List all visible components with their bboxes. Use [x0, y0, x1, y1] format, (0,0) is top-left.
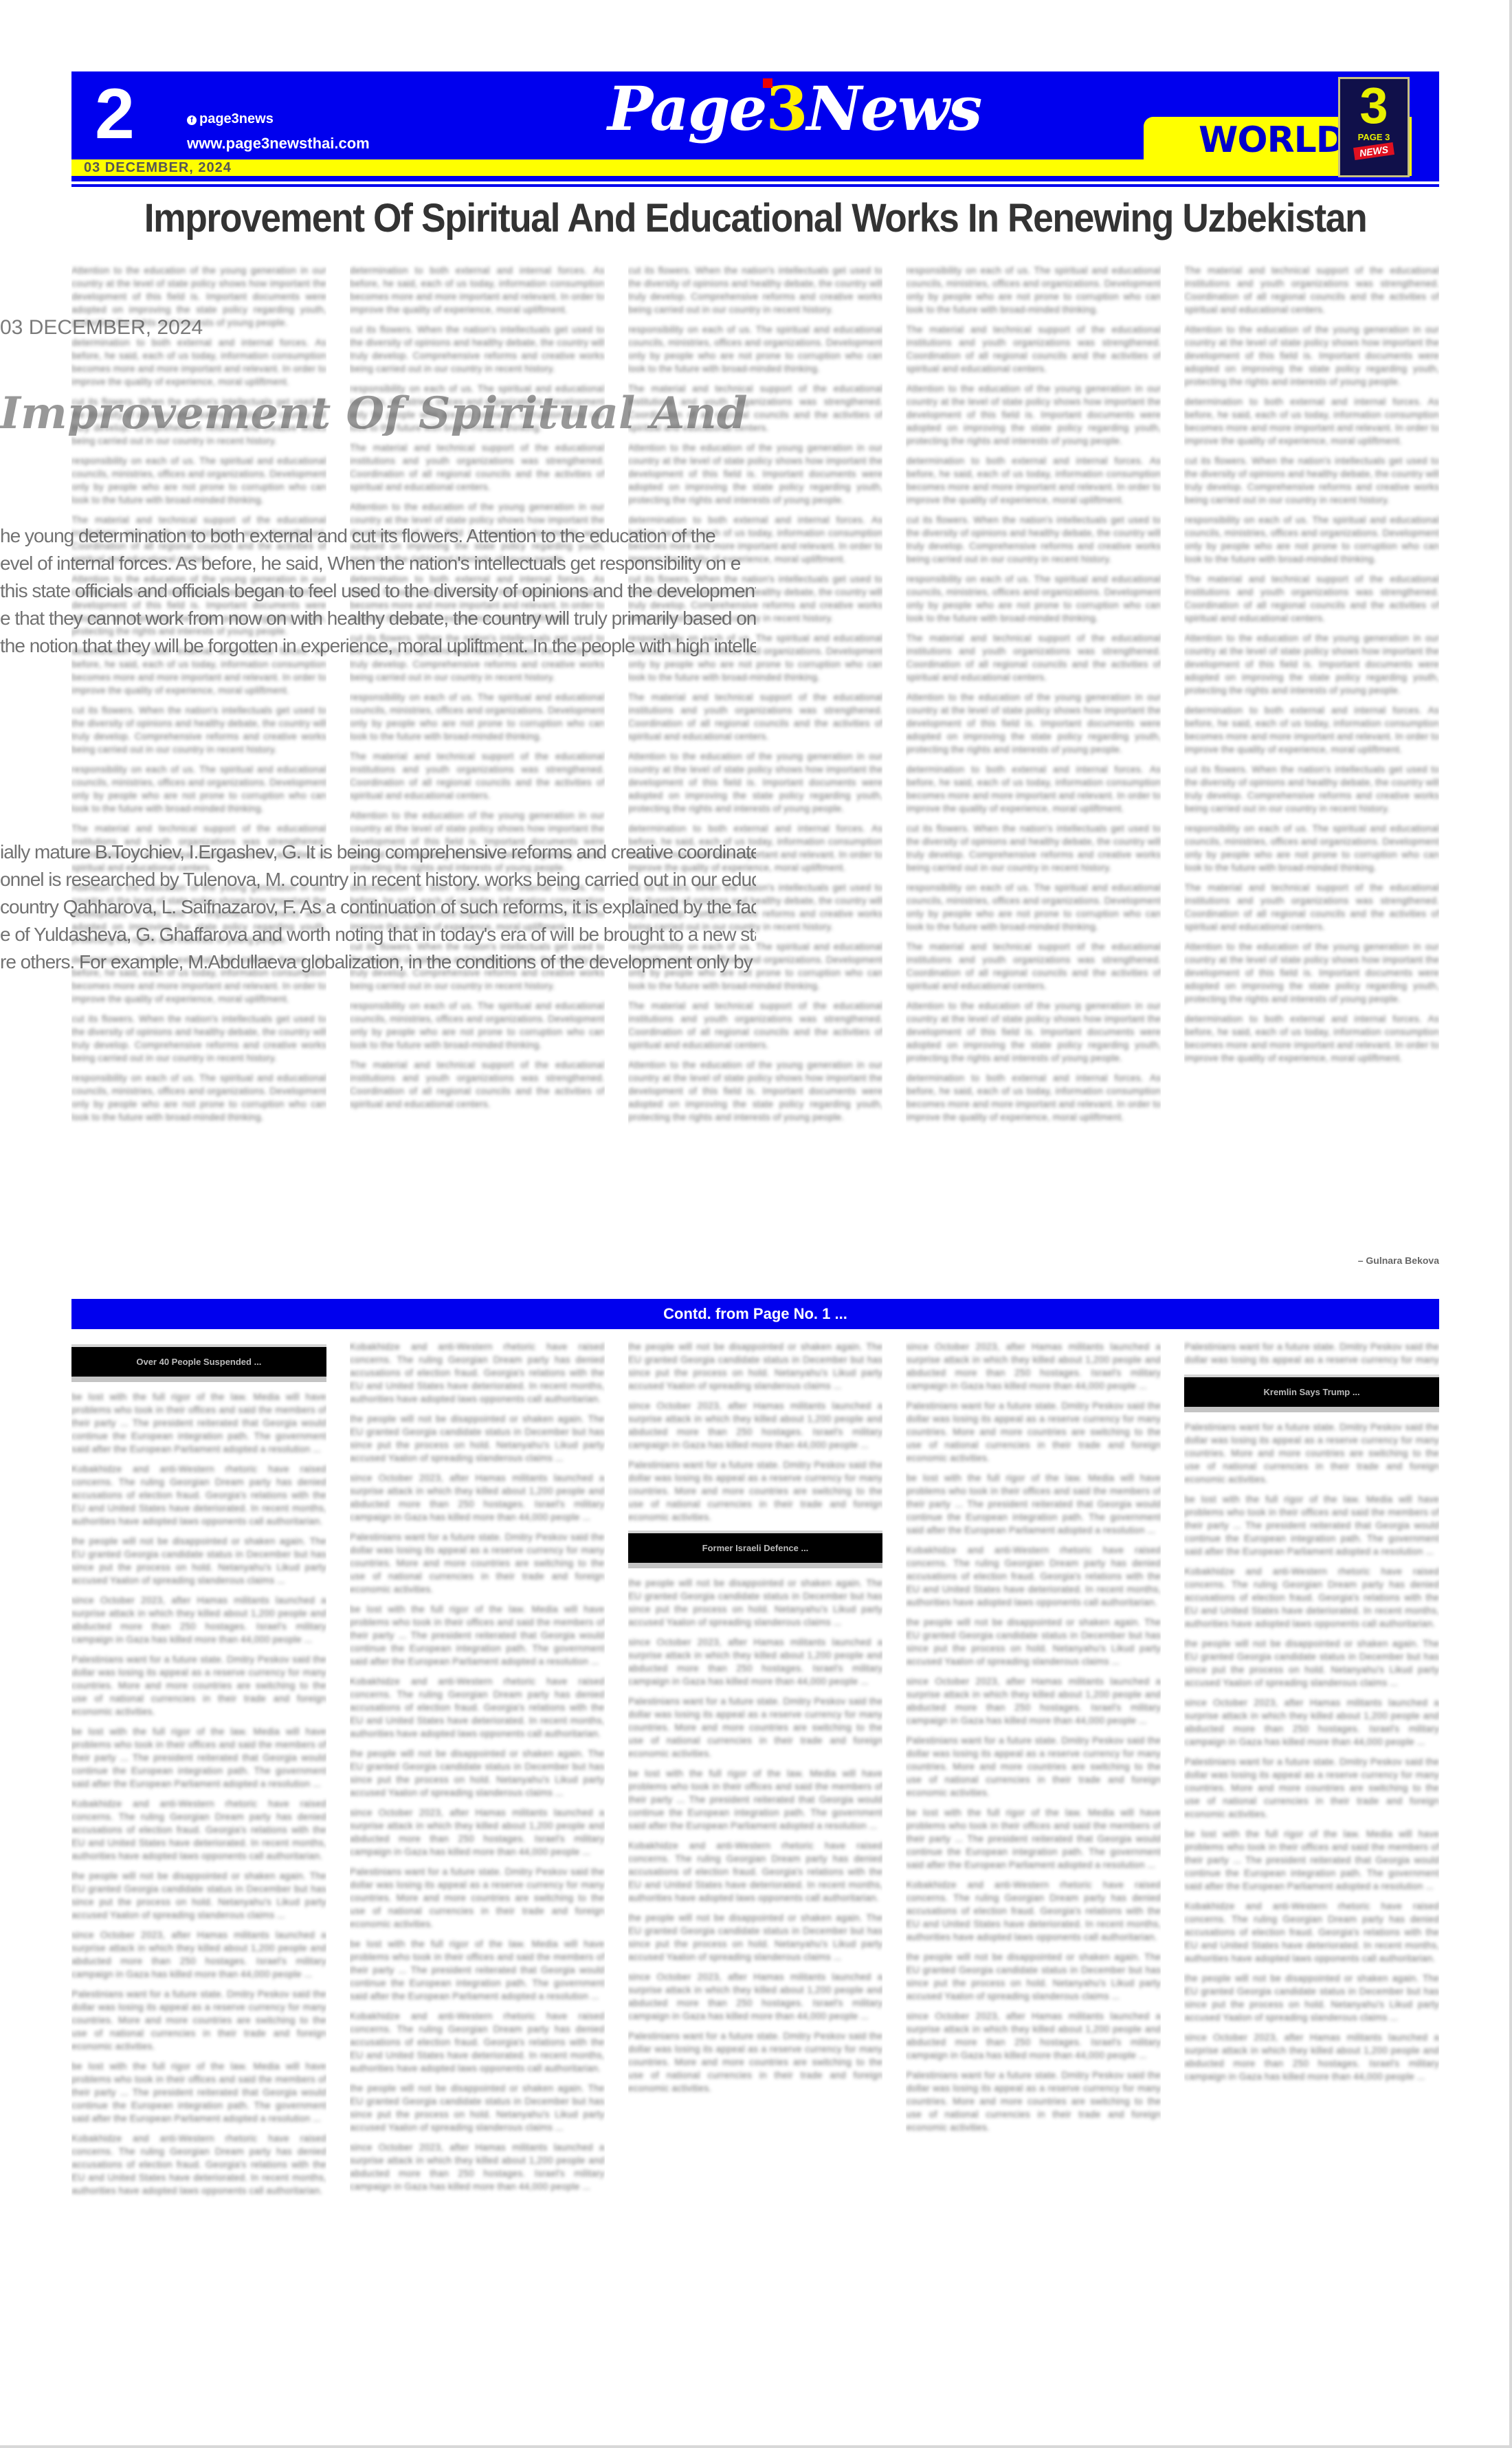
column-text: responsibility on each of us. The spirit… — [350, 999, 605, 1051]
column-text: Attention to the education of the young … — [1184, 323, 1439, 388]
column-text: responsibility on each of us. The spirit… — [71, 454, 326, 507]
column-text: Palestinians want for a future state. Dm… — [350, 1865, 605, 1930]
column-text: determination to both external and inter… — [71, 953, 326, 1005]
column-text: Palestinians want for a future state. Dm… — [628, 1695, 883, 1760]
column-text: Kobakhidze and anti-Western rhetoric hav… — [1184, 1565, 1439, 1630]
column-text: responsibility on each of us. The spirit… — [628, 940, 883, 992]
column-text: Kobakhidze and anti-Western rhetoric hav… — [906, 1878, 1161, 1944]
column-text: determination to both external and inter… — [1184, 395, 1439, 447]
column-text: responsibility on each of us. The spirit… — [71, 1071, 326, 1124]
facebook-handle-text: page3news — [199, 111, 274, 126]
column-text: Palestinians want for a future state. Dm… — [350, 1531, 605, 1596]
column-text: responsibility on each of us. The spirit… — [906, 264, 1161, 316]
column-text: the people will not be disappointed or s… — [1184, 1637, 1439, 1689]
column-text: The material and technical support of th… — [1184, 881, 1439, 933]
column-text: be lost with the full rigor of the law. … — [906, 1471, 1161, 1537]
column-text: The material and technical support of th… — [628, 691, 883, 743]
column-text: The material and technical support of th… — [350, 750, 605, 802]
column-text: responsibility on each of us. The spirit… — [628, 323, 883, 375]
column-text: Attention to the education of the young … — [71, 881, 326, 946]
column-text: the people will not be disappointed or s… — [628, 1911, 883, 1963]
main-headline: Improvement Of Spiritual And Educational… — [126, 190, 1385, 247]
article-box-headline: Kremlin Says Trump ... — [1184, 1375, 1439, 1412]
headline-rule — [71, 184, 1439, 187]
column-text: cut its flowers. When the nation's intel… — [628, 264, 883, 316]
column-text: be lost with the full rigor of the law. … — [1184, 1827, 1439, 1893]
article-column: Kobakhidze and anti-Western rhetoric hav… — [350, 1340, 605, 2330]
column-text: since October 2023, after Hamas militant… — [906, 2010, 1161, 2062]
column-text: The material and technical support of th… — [350, 441, 605, 493]
column-text: responsibility on each of us. The spirit… — [350, 691, 605, 743]
column-text: Palestinians want for a future state. Dm… — [1184, 1755, 1439, 1821]
column-text: since October 2023, after Hamas militant… — [906, 1675, 1161, 1727]
column-text: responsibility on each of us. The spirit… — [906, 881, 1161, 933]
column-text: The material and technical support of th… — [1184, 264, 1439, 316]
column-text: determination to both external and inter… — [628, 513, 883, 566]
column-text: The material and technical support of th… — [71, 513, 326, 566]
column-text: determination to both external and inter… — [906, 763, 1161, 815]
column-text: Palestinians want for a future state. Dm… — [1184, 1340, 1439, 1368]
column-text: cut its flowers. When the nation's intel… — [350, 940, 605, 992]
column-text: determination to both external and inter… — [350, 264, 605, 316]
column-text: Attention to the education of the young … — [71, 572, 326, 638]
article-column: since October 2023, after Hamas militant… — [906, 1340, 1161, 2330]
column-text: the people will not be disappointed or s… — [906, 1950, 1161, 2003]
column-text: be lost with the full rigor of the law. … — [350, 1603, 605, 1668]
column-text: the people will not be disappointed or s… — [628, 1340, 883, 1392]
column-text: Attention to the education of the young … — [628, 750, 883, 815]
column-text: be lost with the full rigor of the law. … — [71, 1390, 326, 1456]
column-text: the people will not be disappointed or s… — [350, 1412, 605, 1465]
brand-left: Page — [608, 73, 766, 144]
column-text: cut its flowers. When the nation's intel… — [906, 822, 1161, 874]
ghost-date: 03 DECEMBER, 2024 — [0, 316, 203, 340]
facebook-icon: f — [187, 115, 197, 125]
column-text: Kobakhidze and anti-Western rhetoric hav… — [71, 2132, 326, 2197]
column-text: cut its flowers. When the nation's intel… — [628, 881, 883, 933]
column-text: Kobakhidze and anti-Western rhetoric hav… — [350, 1675, 605, 1740]
page-number: 2 — [95, 78, 135, 150]
column-text: the people will not be disappointed or s… — [71, 1535, 326, 1587]
column-text: Palestinians want for a future state. Dm… — [906, 1399, 1161, 1465]
ghost-title: Improvement Of Spiritual And Educational… — [0, 392, 756, 436]
column-text: determination to both external and inter… — [71, 645, 326, 697]
column-text: responsibility on each of us. The spirit… — [1184, 513, 1439, 566]
column-text: since October 2023, after Hamas militant… — [1184, 1696, 1439, 1748]
facebook-handle[interactable]: fpage3news — [187, 111, 274, 127]
article-attribution: – Gulnara Bekova — [1358, 1254, 1439, 1267]
column-text: determination to both external and inter… — [350, 881, 605, 933]
column-text: Kobakhidze and anti-Western rhetoric hav… — [628, 1839, 883, 1904]
column-text: responsibility on each of us. The spirit… — [906, 572, 1161, 625]
logo-caption: PAGE 3 — [1340, 133, 1408, 142]
column-text: since October 2023, after Hamas militant… — [628, 1399, 883, 1451]
newspaper-page: 2 fpage3news www.page3newsthai.com 03 DE… — [0, 0, 1512, 2448]
column-text: determination to both external and inter… — [1184, 704, 1439, 756]
article-box-headline: Over 40 People Suspended ... — [71, 1344, 326, 1382]
column-text: Palestinians want for a future state. Dm… — [71, 1653, 326, 1718]
column-text: be lost with the full rigor of the law. … — [350, 1937, 605, 2003]
column-text: since October 2023, after Hamas militant… — [71, 1928, 326, 1981]
column-text: Kobakhidze and anti-Western rhetoric hav… — [350, 2010, 605, 2075]
column-text: Attention to the education of the young … — [906, 999, 1161, 1065]
page3-news-logo: 3 PAGE 3 NEWS — [1338, 77, 1410, 177]
column-text: since October 2023, after Hamas militant… — [628, 1970, 883, 2023]
column-text: the people will not be disappointed or s… — [906, 1616, 1161, 1668]
masthead: 2 fpage3news www.page3newsthai.com 03 DE… — [71, 71, 1439, 181]
column-text: cut its flowers. When the nation's intel… — [350, 632, 605, 684]
logo-tag: NEWS — [1353, 142, 1394, 160]
column-text: be lost with the full rigor of the law. … — [71, 2060, 326, 2125]
column-text: cut its flowers. When the nation's intel… — [1184, 763, 1439, 815]
column-text: Palestinians want for a future state. Dm… — [906, 1734, 1161, 1799]
column-text: The material and technical support of th… — [906, 940, 1161, 992]
column-text: cut its flowers. When the nation's intel… — [1184, 454, 1439, 507]
column-text: Attention to the education of the young … — [906, 382, 1161, 447]
column-text: be lost with the full rigor of the law. … — [1184, 1493, 1439, 1558]
column-text: Palestinians want for a future state. Dm… — [906, 2069, 1161, 2134]
column-text: be lost with the full rigor of the law. … — [71, 1725, 326, 1790]
column-text: determination to both external and inter… — [906, 1071, 1161, 1124]
column-text: The material and technical support of th… — [906, 632, 1161, 684]
column-text: responsibility on each of us. The spirit… — [1184, 822, 1439, 874]
column-text: Palestinians want for a future state. Dm… — [1184, 1421, 1439, 1486]
column-text: cut its flowers. When the nation's intel… — [628, 572, 883, 625]
column-text: cut its flowers. When the nation's intel… — [906, 513, 1161, 566]
column-text: Attention to the education of the young … — [1184, 632, 1439, 697]
column-text: The material and technical support of th… — [71, 822, 326, 874]
article-column: Over 40 People Suspended ... be lost wit… — [71, 1340, 326, 2330]
column-text: since October 2023, after Hamas militant… — [1184, 2031, 1439, 2083]
column-text: the people will not be disappointed or s… — [350, 1747, 605, 1799]
column-text: Palestinians want for a future state. Dm… — [628, 1458, 883, 1524]
column-text: since October 2023, after Hamas militant… — [628, 1636, 883, 1688]
issue-date: 03 DECEMBER, 2024 — [84, 159, 232, 176]
logo-numeral: 3 — [1340, 79, 1408, 133]
column-text: Attention to the education of the young … — [350, 500, 605, 566]
column-text: Kobakhidze and anti-Western rhetoric hav… — [71, 1462, 326, 1528]
masthead-date-strip — [71, 159, 1144, 176]
column-text: Kobakhidze and anti-Western rhetoric hav… — [350, 1340, 605, 1405]
column-text: be lost with the full rigor of the law. … — [906, 1806, 1161, 1871]
column-text: Palestinians want for a future state. Dm… — [71, 1988, 326, 2053]
column-text: since October 2023, after Hamas militant… — [350, 1806, 605, 1858]
column-text: Attention to the education of the young … — [906, 691, 1161, 756]
column-text: determination to both external and inter… — [1184, 1012, 1439, 1065]
column-text: responsibility on each of us. The spirit… — [628, 632, 883, 684]
article-box-headline: Former Israeli Defence ... — [628, 1531, 883, 1568]
column-text: be lost with the full rigor of the law. … — [628, 1767, 883, 1832]
column-text: Kobakhidze and anti-Western rhetoric hav… — [906, 1544, 1161, 1609]
column-text: Palestinians want for a future state. Dm… — [628, 2029, 883, 2095]
column-text: Kobakhidze and anti-Western rhetoric hav… — [1184, 1900, 1439, 1965]
column-text: The material and technical support of th… — [350, 1058, 605, 1111]
article-column: The material and technical support of th… — [1184, 264, 1439, 1281]
continued-articles: Over 40 People Suspended ... be lost wit… — [71, 1340, 1439, 2330]
column-text: the people will not be disappointed or s… — [350, 2082, 605, 2134]
brand-right: News — [807, 73, 981, 144]
column-text: since October 2023, after Hamas militant… — [906, 1340, 1161, 1392]
continued-banner: Contd. from Page No. 1 ... — [71, 1299, 1439, 1329]
column-text: The material and technical support of th… — [628, 999, 883, 1051]
website-link[interactable]: www.page3newsthai.com — [187, 135, 370, 153]
column-text: cut its flowers. When the nation's intel… — [71, 704, 326, 756]
column-text: since October 2023, after Hamas militant… — [350, 1471, 605, 1524]
column-text: Attention to the education of the young … — [1184, 940, 1439, 1005]
column-text: determination to both external and inter… — [628, 822, 883, 874]
brand-three: 3 — [766, 73, 806, 144]
column-text: the people will not be disappointed or s… — [1184, 1972, 1439, 2024]
article-column: responsibility on each of us. The spirit… — [906, 264, 1161, 1281]
article-column: the people will not be disappointed or s… — [628, 1340, 883, 2330]
section-label: WORLD — [1199, 120, 1345, 161]
column-text: responsibility on each of us. The spirit… — [71, 763, 326, 815]
column-text: cut its flowers. When the nation's intel… — [350, 323, 605, 375]
column-text: Kobakhidze and anti-Western rhetoric hav… — [71, 1797, 326, 1862]
column-text: Attention to the education of the young … — [628, 441, 883, 507]
brand-logo: Page3News — [608, 78, 981, 139]
column-text: determination to both external and inter… — [71, 336, 326, 388]
column-text: the people will not be disappointed or s… — [71, 1869, 326, 1922]
column-text: since October 2023, after Hamas militant… — [71, 1594, 326, 1646]
column-text: since October 2023, after Hamas militant… — [350, 2141, 605, 2193]
article-column: Palestinians want for a future state. Dm… — [1184, 1340, 1439, 2330]
column-text: Attention to the education of the young … — [350, 809, 605, 874]
column-text: The material and technical support of th… — [906, 323, 1161, 375]
column-text: determination to both external and inter… — [906, 454, 1161, 507]
column-text: The material and technical support of th… — [1184, 572, 1439, 625]
column-text: the people will not be disappointed or s… — [628, 1577, 883, 1629]
column-text: determination to both external and inter… — [350, 572, 605, 625]
column-text: Attention to the education of the young … — [628, 1058, 883, 1124]
column-text: cut its flowers. When the nation's intel… — [71, 1012, 326, 1065]
